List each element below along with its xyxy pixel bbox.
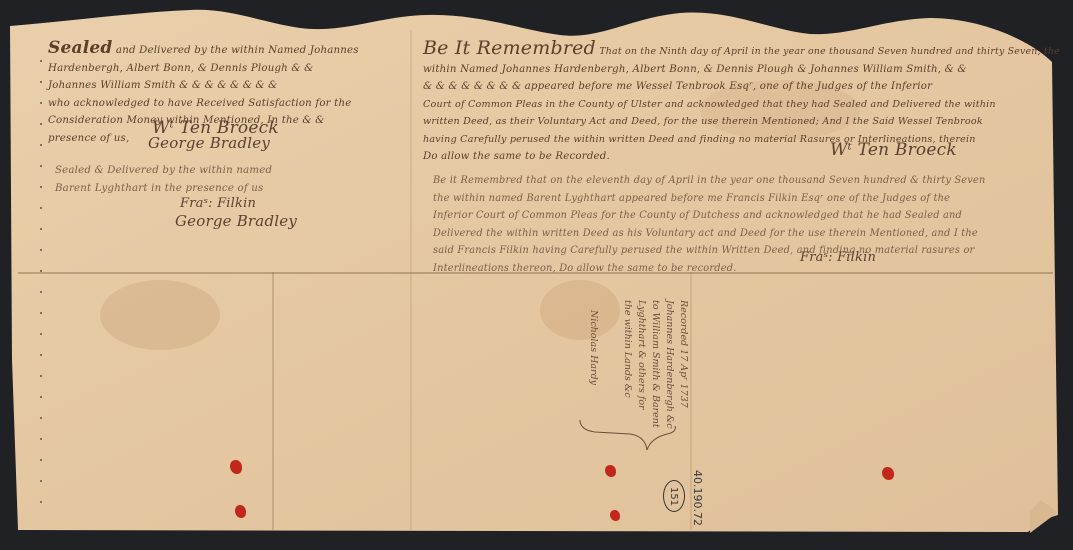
- lead-words-be-it-remembred: Be It Remembred: [423, 37, 596, 59]
- signature-ten-broeck-right: Wᵗ Ten Broeck: [830, 140, 957, 160]
- catalog-number: 151: [669, 486, 680, 505]
- docket-line: Recorded 17 Apʳ 1737: [676, 300, 690, 429]
- parchment-document: Sealed and Delivered by the within Named…: [0, 0, 1073, 550]
- fold-line-vertical: [410, 30, 412, 530]
- text-line: who acknowledged to have Received Satisf…: [48, 95, 359, 113]
- signature-filkin-right: Fraˢ: Filkin: [800, 250, 876, 265]
- text-line: and Delivered by the within Named Johann…: [116, 45, 359, 56]
- docket-note: Nicholas Hardy: [586, 310, 600, 385]
- docket-bracket: [575, 420, 685, 490]
- water-stain: [540, 280, 620, 340]
- text-line: Johannes William Smith & & & & & & & &: [48, 77, 359, 95]
- text-line: having Carefully perused the within writ…: [423, 131, 1060, 149]
- water-stain: [100, 280, 220, 350]
- text-line: Be it Remembred that on the eleventh day…: [433, 172, 986, 190]
- wax-seal: [230, 460, 242, 474]
- left-line-1: Sealed and Delivered by the within Named…: [48, 40, 359, 60]
- text-line: That on the Ninth day of April in the ye…: [599, 46, 1059, 57]
- text-line: Court of Common Pleas in the County of U…: [423, 96, 1060, 114]
- right-acknowledgment-block: Be It Remembred That on the Ninth day of…: [423, 40, 1060, 166]
- text-line: Hardenbergh, Albert Bonn, & Dennis Ploug…: [48, 60, 359, 78]
- docket-line: Lyghthart & others for: [634, 300, 648, 429]
- wax-seal: [882, 467, 894, 480]
- docket-line: to William Smith & Barent: [648, 300, 662, 429]
- wax-seal: [610, 510, 620, 521]
- wax-seal: [605, 465, 616, 477]
- accession-number: 40.190.72: [691, 470, 704, 526]
- docket-endorsement: Recorded 17 Apʳ 1737 Johannes Hardenberg…: [620, 300, 690, 429]
- text-line: Sealed & Delivered by the within named: [55, 162, 272, 180]
- text-line: Inferior Court of Common Pleas for the C…: [433, 207, 986, 225]
- signature-george-bradley-2: George Bradley: [175, 212, 297, 230]
- text-line: written Deed, as their Voluntary Act and…: [423, 113, 1060, 131]
- stitch-holes: [40, 60, 43, 522]
- circled-catalog-number: 151: [663, 480, 685, 512]
- fold-line-vertical: [272, 272, 274, 530]
- text-line: Do allow the same to be Recorded.: [423, 148, 1060, 166]
- docket-line: the within Lands &c: [620, 300, 634, 429]
- wax-seal: [235, 505, 246, 518]
- lead-word-sealed: Sealed: [48, 38, 112, 58]
- text-line: said Francis Filkin having Carefully per…: [433, 242, 986, 260]
- right-second-block: Be it Remembred that on the eleventh day…: [433, 172, 986, 277]
- signature-filkin: Fraˢ: Filkin: [180, 196, 256, 211]
- docket-line: Johannes Hardenbergh &c: [662, 300, 676, 429]
- text-line: the within named Barent Lyghthart appear…: [433, 190, 986, 208]
- left-second-block: Sealed & Delivered by the within named B…: [55, 162, 272, 197]
- text-line: Delivered the within written Deed as his…: [433, 225, 986, 243]
- text-line: within Named Johannes Hardenbergh, Alber…: [423, 61, 1060, 79]
- text-line: & & & & & & & & appeared before me Wesse…: [423, 78, 1060, 96]
- text-line: Barent Lyghthart in the presence of us: [55, 180, 272, 198]
- docket-note-text: Nicholas Hardy: [586, 310, 600, 385]
- right-line-1: Be It Remembred That on the Ninth day of…: [423, 40, 1060, 61]
- text-line: Interlineations thereon, Do allow the sa…: [433, 260, 986, 278]
- signature-george-bradley: George Bradley: [148, 134, 270, 152]
